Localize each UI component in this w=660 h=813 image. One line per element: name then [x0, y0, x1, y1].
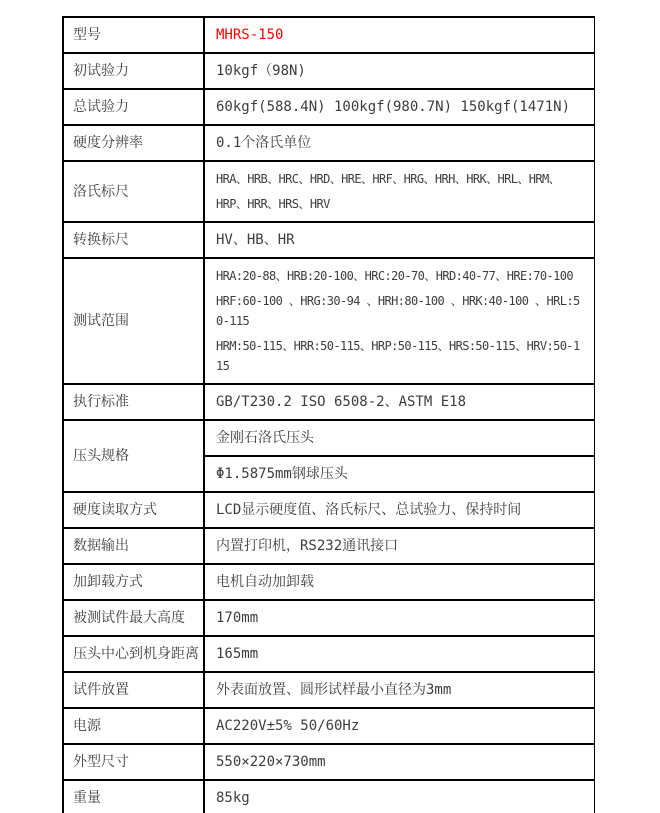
spec-value: 85kg [204, 780, 595, 813]
table-row: 外型尺寸550×220×730mm [63, 744, 595, 780]
spec-label: 总试验力 [63, 89, 204, 125]
spec-value-line: HRM:50-115、HRR:50-115、HRP:50-115、HRS:50-… [216, 336, 586, 376]
table-row: 初试验力10kgf（98N) [63, 53, 595, 89]
spec-label: 硬度分辨率 [63, 125, 204, 161]
table-row: 洛氏标尺HRA、HRB、HRC、HRD、HRE、HRF、HRG、HRH、HRK、… [63, 161, 595, 222]
spec-value: GB/T230.2 ISO 6508-2、ASTM E18 [204, 384, 595, 420]
spec-label: 压头规格 [63, 420, 204, 492]
spec-label: 执行标准 [63, 384, 204, 420]
table-row: 转换标尺HV、HB、HR [63, 222, 595, 258]
spec-value-line: 金刚石洛氏压头 [216, 428, 586, 448]
spec-label: 数据输出 [63, 528, 204, 564]
spec-value: 10kgf（98N) [204, 53, 595, 89]
spec-label: 初试验力 [63, 53, 204, 89]
spec-label: 洛氏标尺 [63, 161, 204, 222]
spec-value-line: MHRS-150 [216, 25, 586, 45]
spec-value: 165mm [204, 636, 595, 672]
spec-value: 60kgf(588.4N) 100kgf(980.7N) 150kgf(1471… [204, 89, 595, 125]
table-row: 总试验力60kgf(588.4N) 100kgf(980.7N) 150kgf(… [63, 89, 595, 125]
spec-value-line: HRA:20-88、HRB:20-100、HRC:20-70、HRD:40-77… [216, 266, 586, 286]
spec-value: MHRS-150 [204, 17, 595, 53]
spec-value-line: 外表面放置、圆形试样最小直径为3mm [216, 680, 586, 700]
spec-table: 型号MHRS-150初试验力10kgf（98N)总试验力60kgf(588.4N… [62, 16, 595, 813]
spec-value: 外表面放置、圆形试样最小直径为3mm [204, 672, 595, 708]
table-row: 电源AC220V±5% 50/60Hz [63, 708, 595, 744]
spec-value-line: HRF:60-100 、HRG:30-94 、HRH:80-100 、HRK:4… [216, 291, 586, 331]
spec-value-line: HRA、HRB、HRC、HRD、HRE、HRF、HRG、HRH、HRK、HRL、… [216, 169, 586, 189]
spec-value: 0.1个洛氏单位 [204, 125, 595, 161]
spec-value-line: HV、HB、HR [216, 230, 586, 250]
spec-value: 金刚石洛氏压头 [204, 420, 595, 456]
spec-label: 被测试件最大高度 [63, 600, 204, 636]
spec-label: 加卸载方式 [63, 564, 204, 600]
spec-value: HRA:20-88、HRB:20-100、HRC:20-70、HRD:40-77… [204, 258, 595, 384]
table-row: 硬度分辨率0.1个洛氏单位 [63, 125, 595, 161]
spec-label: 硬度读取方式 [63, 492, 204, 528]
spec-value: 电机自动加卸载 [204, 564, 595, 600]
spec-label: 试件放置 [63, 672, 204, 708]
table-row: 压头规格金刚石洛氏压头 [63, 420, 595, 456]
table-row: 压头中心到机身距离165mm [63, 636, 595, 672]
table-row: 被测试件最大高度170mm [63, 600, 595, 636]
spec-label: 测试范围 [63, 258, 204, 384]
spec-value: HV、HB、HR [204, 222, 595, 258]
spec-value-line: 550×220×730mm [216, 752, 586, 772]
spec-label: 电源 [63, 708, 204, 744]
table-row: 测试范围HRA:20-88、HRB:20-100、HRC:20-70、HRD:4… [63, 258, 595, 384]
spec-value: 170mm [204, 600, 595, 636]
spec-label: 外型尺寸 [63, 744, 204, 780]
table-row: 型号MHRS-150 [63, 17, 595, 53]
spec-value: AC220V±5% 50/60Hz [204, 708, 595, 744]
spec-value-line: HRP、HRR、HRS、HRV [216, 194, 586, 214]
spec-value: 550×220×730mm [204, 744, 595, 780]
spec-value-line: 170mm [216, 608, 586, 628]
spec-value: HRA、HRB、HRC、HRD、HRE、HRF、HRG、HRH、HRK、HRL、… [204, 161, 595, 222]
spec-label: 型号 [63, 17, 204, 53]
table-row: 数据输出内置打印机，RS232通讯接口 [63, 528, 595, 564]
spec-value: 内置打印机，RS232通讯接口 [204, 528, 595, 564]
table-row: 执行标准GB/T230.2 ISO 6508-2、ASTM E18 [63, 384, 595, 420]
table-row: 重量85kg [63, 780, 595, 813]
spec-value-line: LCD显示硬度值、洛氏标尺、总试验力、保持时间 [216, 500, 586, 520]
spec-label: 压头中心到机身距离 [63, 636, 204, 672]
spec-value-line: 85kg [216, 788, 586, 808]
spec-label: 重量 [63, 780, 204, 813]
spec-value: Φ1.5875mm钢球压头 [204, 456, 595, 492]
spec-value-line: AC220V±5% 50/60Hz [216, 716, 586, 736]
spec-page: 型号MHRS-150初试验力10kgf（98N)总试验力60kgf(588.4N… [0, 0, 660, 813]
spec-value-line: 10kgf（98N) [216, 61, 586, 81]
table-row: 硬度读取方式LCD显示硬度值、洛氏标尺、总试验力、保持时间 [63, 492, 595, 528]
spec-value-line: 内置打印机，RS232通讯接口 [216, 536, 586, 556]
spec-label: 转换标尺 [63, 222, 204, 258]
spec-value-line: 165mm [216, 644, 586, 664]
table-row: 试件放置外表面放置、圆形试样最小直径为3mm [63, 672, 595, 708]
table-row: 加卸载方式电机自动加卸载 [63, 564, 595, 600]
spec-value-line: Φ1.5875mm钢球压头 [216, 464, 586, 484]
spec-value-line: 电机自动加卸载 [216, 572, 586, 592]
spec-value-line: GB/T230.2 ISO 6508-2、ASTM E18 [216, 392, 586, 412]
spec-table-body: 型号MHRS-150初试验力10kgf（98N)总试验力60kgf(588.4N… [63, 17, 595, 813]
spec-value-line: 60kgf(588.4N) 100kgf(980.7N) 150kgf(1471… [216, 97, 586, 117]
spec-value-line: 0.1个洛氏单位 [216, 133, 586, 153]
spec-value: LCD显示硬度值、洛氏标尺、总试验力、保持时间 [204, 492, 595, 528]
